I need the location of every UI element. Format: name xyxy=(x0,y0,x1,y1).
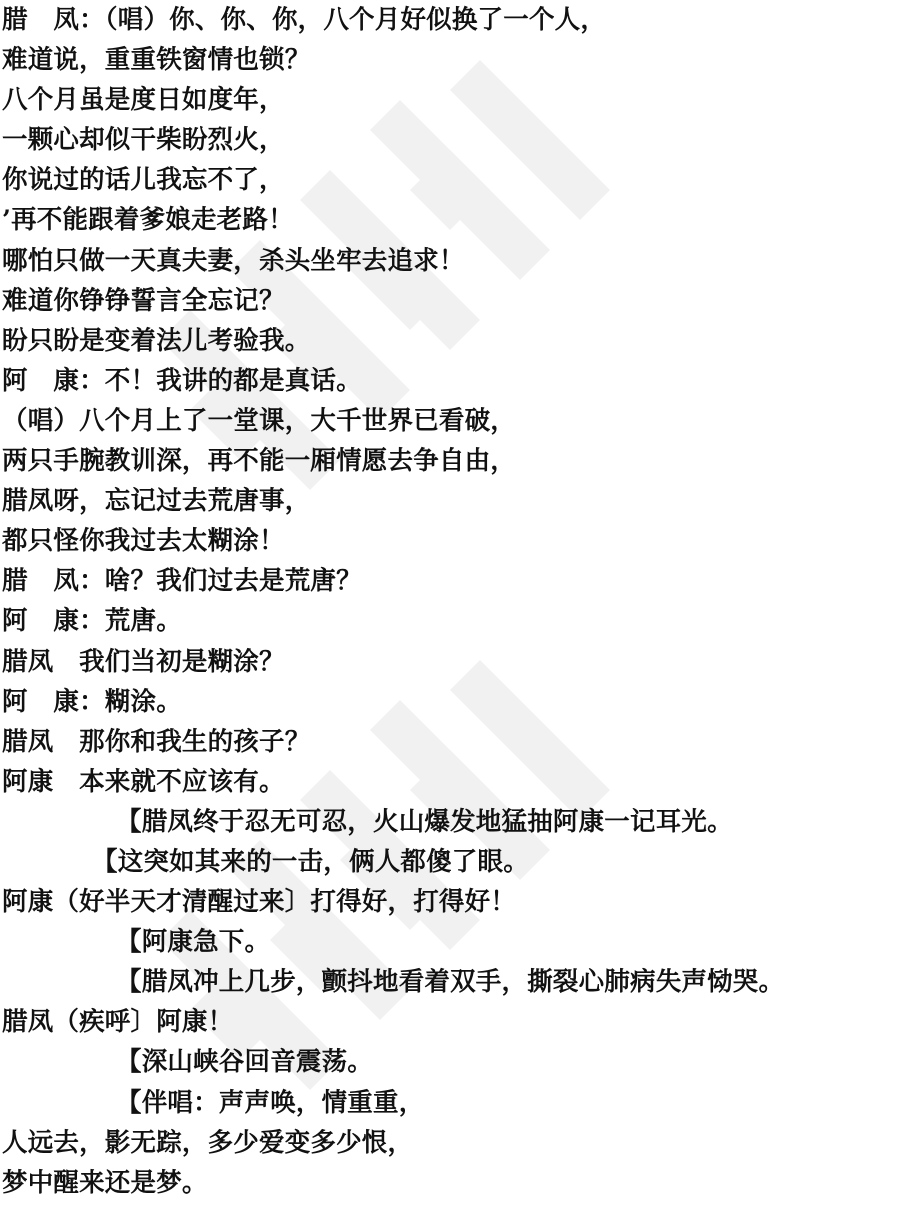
script-text-body: 腊 凤：（唱）你、你、你，八个月好似换了一个人， 难道说，重重铁窗情也锁？ 八个… xyxy=(0,0,900,1203)
dialogue-line: 阿康 本来就不应该有。 xyxy=(0,762,900,802)
lyric-line: 梦中醒来还是梦。 xyxy=(0,1163,900,1203)
lyric-line: 都只怪你我过去太糊涂！ xyxy=(0,521,900,561)
lyric-line: 难道你铮铮誓言全忘记？ xyxy=(0,281,900,321)
lyric-line: ’再不能跟着爹娘走老路！ xyxy=(0,200,900,240)
lyric-line: （唱）八个月上了一堂课，大千世界已看破， xyxy=(0,401,900,441)
dialogue-line: 腊凤 那你和我生的孩子？ xyxy=(0,722,900,762)
stage-direction: 【伴唱：声声唤，情重重， xyxy=(0,1083,900,1123)
lyric-line: 八个月虽是度日如度年， xyxy=(0,80,900,120)
dialogue-line: 腊凤（疾呼〕阿康！ xyxy=(0,1002,900,1042)
dialogue-line: 阿 康：糊涂。 xyxy=(0,682,900,722)
dialogue-line: 腊 凤：啥？我们过去是荒唐？ xyxy=(0,561,900,601)
lyric-line: 两只手腕教训深，再不能一厢情愿去争自由， xyxy=(0,441,900,481)
lyric-line: 你说过的话儿我忘不了， xyxy=(0,160,900,200)
lyric-line: 人远去，影无踪，多少爱变多少恨， xyxy=(0,1123,900,1163)
stage-direction: 【腊凤冲上几步，颤抖地看着双手，撕裂心肺病失声恸哭。 xyxy=(0,962,900,1002)
dialogue-line: 腊 凤：（唱）你、你、你，八个月好似换了一个人， xyxy=(0,0,900,40)
lyric-line: 一颗心却似干柴盼烈火， xyxy=(0,120,900,160)
dialogue-line: 阿康（好半天才清醒过来〕打得好，打得好！ xyxy=(0,882,900,922)
dialogue-line: 阿 康：不！我讲的都是真话。 xyxy=(0,361,900,401)
stage-direction: 【这突如其来的一击，俩人都傻了眼。 xyxy=(0,842,900,882)
dialogue-line: 阿 康：荒唐。 xyxy=(0,601,900,641)
stage-direction: 【腊凤终于忍无可忍，火山爆发地猛抽阿康一记耳光。 xyxy=(0,802,900,842)
lyric-line: 难道说，重重铁窗情也锁？ xyxy=(0,40,900,80)
stage-direction: 【阿康急下。 xyxy=(0,922,900,962)
lyric-line: 哪怕只做一天真夫妻，杀头坐牢去追求！ xyxy=(0,241,900,281)
lyric-line: 腊凤呀，忘记过去荒唐事， xyxy=(0,481,900,521)
dialogue-line: 腊凤 我们当初是糊涂？ xyxy=(0,642,900,682)
lyric-line: 盼只盼是变着法儿考验我。 xyxy=(0,321,900,361)
stage-direction: 【深山峡谷回音震荡。 xyxy=(0,1042,900,1082)
